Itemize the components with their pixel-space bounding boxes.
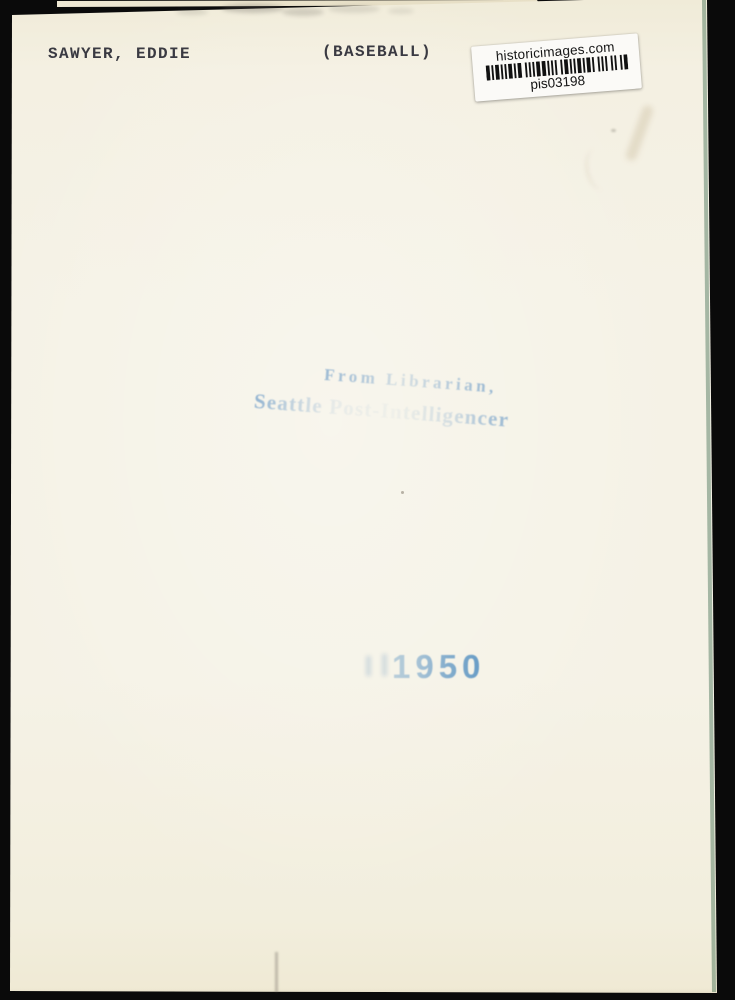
crease-mark	[275, 952, 278, 992]
photo-scan: SAWYER, EDDIE (BASEBALL) historicimages.…	[0, 0, 735, 1000]
typed-caption-category: (BASEBALL)	[322, 44, 432, 60]
smudge-mark	[388, 8, 414, 14]
smudge-mark	[176, 9, 208, 15]
smudge-mark	[328, 5, 380, 13]
smudge-mark	[222, 4, 284, 13]
smudge-mark	[282, 8, 324, 16]
typed-caption-name: SAWYER, EDDIE	[48, 46, 191, 62]
paper-blemish	[611, 129, 616, 132]
year-stamp: 1950	[392, 650, 485, 683]
barcode-sticker-code-text: pis03198	[530, 74, 586, 93]
paper-blemish	[401, 491, 404, 494]
photo-back-paper	[0, 0, 735, 1000]
faded-stamp-mark	[366, 656, 371, 676]
faded-stamp-mark	[382, 654, 387, 676]
